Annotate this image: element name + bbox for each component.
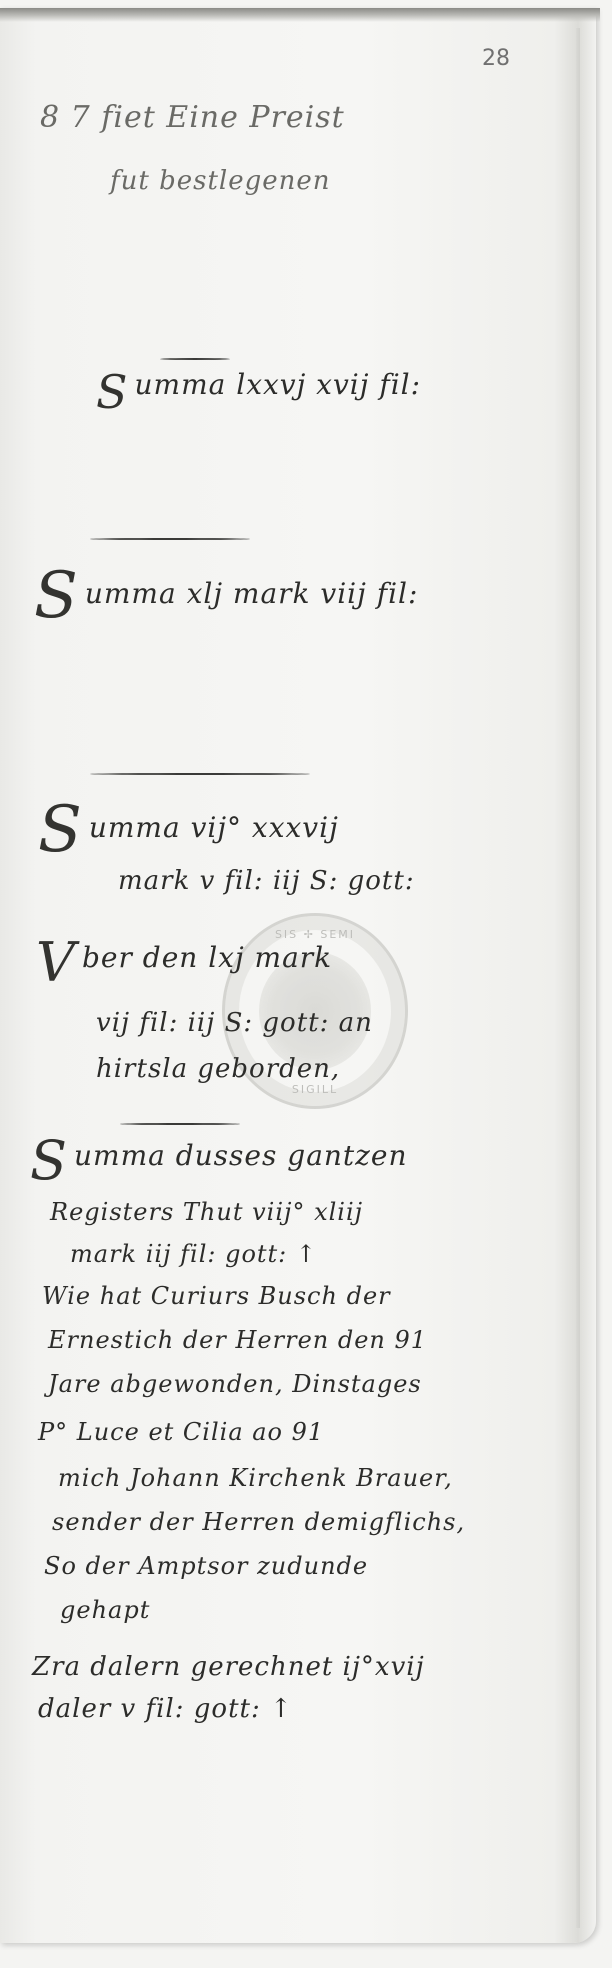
uber-text-1: ber den lxj mark <box>82 941 332 974</box>
summa-total-line-6: Jare abgewonden, Dinstages <box>48 1370 422 1398</box>
flourish-stroke <box>120 1123 240 1125</box>
initial-letter: S <box>96 365 129 419</box>
summa-entry-3-line-1: Summa vij° xxxvij <box>38 798 339 862</box>
summa-total-line-11: gehapt <box>60 1596 150 1624</box>
summa-total-line-1: Summa dusses gantzen <box>30 1134 408 1188</box>
page-top-edge <box>0 8 600 22</box>
summa-entry-1: Summa lxxvj xvij fil: <box>96 368 421 415</box>
page-fold-edge <box>576 28 580 1928</box>
summa-total-line-2: Registers Thut viij° xliij <box>50 1198 363 1226</box>
seal-bottom-text: SIGILL <box>225 1083 405 1096</box>
summa-entry-2: Summa xlj mark viij fil: <box>34 564 418 628</box>
initial-letter: S <box>30 1129 68 1192</box>
initial-letter: S <box>34 559 79 633</box>
summa-total-line-3: mark iij fil: gott: ↑ <box>70 1240 317 1268</box>
initial-letter: S <box>38 793 83 867</box>
initial-letter: V <box>36 931 76 994</box>
header-line-2: fut bestlegenen <box>110 166 331 196</box>
summa-1-text: umma lxxvj xvij fil: <box>135 368 422 401</box>
summa-total-line-7: P° Luce et Cilia ao 91 <box>38 1418 324 1446</box>
summa-3-text-1: umma vij° xxxvij <box>89 811 339 844</box>
uber-entry-line-2: vij fil: iij S: gott: an <box>96 1008 373 1038</box>
folio-number: 28 <box>482 46 510 71</box>
manuscript-page: 28 8 7 fiet Eine Preist fut bestlegenen … <box>0 8 596 1943</box>
summa-total-line-9: sender der Herren demigflichs, <box>52 1508 465 1536</box>
uber-entry-line-1: Vber den lxj mark <box>36 936 332 990</box>
uber-entry-line-3: hirtsla geborden, <box>96 1054 340 1084</box>
summa-total-line-8: mich Johann Kirchenk Brauer, <box>58 1464 453 1492</box>
summa-entry-3-line-2: mark v fil: iij S: gott: <box>118 866 415 896</box>
header-line-1: 8 7 fiet Eine Preist <box>40 100 345 135</box>
flourish-stroke <box>90 773 310 775</box>
summa-total-line-5: Ernestich der Herren den 91 <box>48 1326 427 1354</box>
dalern-line-1: Zra dalern gerechnet ij°xvij <box>32 1652 425 1682</box>
summa-total-line-10: So der Amptsor zudunde <box>44 1552 368 1580</box>
summa-2-text: umma xlj mark viij fil: <box>85 577 419 610</box>
summa-total-text-1: umma dusses gantzen <box>74 1139 408 1172</box>
summa-total-line-4: Wie hat Curiurs Busch der <box>42 1282 391 1310</box>
dalern-line-2: daler v fil: gott: ↑ <box>38 1694 293 1724</box>
flourish-stroke <box>90 538 250 540</box>
flourish-stroke <box>160 358 230 360</box>
